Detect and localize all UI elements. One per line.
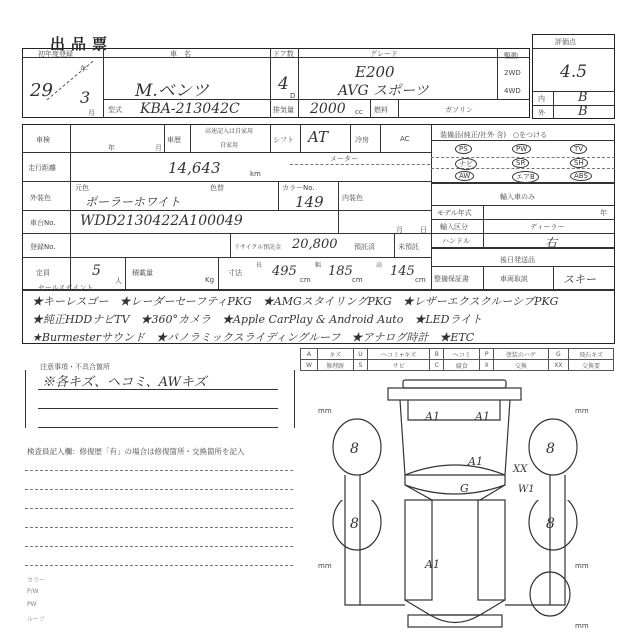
width-value: 185 [328, 264, 353, 279]
mm-label: mm [318, 407, 332, 415]
shift-label: シフト [273, 135, 294, 145]
displacement-unit: cc [355, 108, 363, 116]
doors-unit: D [290, 92, 295, 100]
mark-rear-bumper: A1 [424, 558, 440, 571]
shift-value: AT [308, 128, 328, 146]
car-name: M.ベンツ [135, 76, 209, 101]
drive-4wd[interactable]: 4WD [504, 87, 521, 95]
legend-code: U [353, 349, 368, 360]
ac-label: 冷房 [355, 135, 369, 145]
inspection-year-unit: 年 [108, 143, 115, 153]
tire-fr-depth: 8 [546, 441, 555, 457]
length-label: 長 [256, 260, 262, 269]
car-name-label: 車 名 [170, 49, 191, 59]
legend-desc: サビ [368, 360, 430, 371]
mark-door: W1 [518, 484, 535, 495]
vin-label: 車台No. [30, 218, 56, 228]
legend-code: XX [548, 360, 569, 371]
legend-desc: 修理跡 [317, 360, 353, 371]
fuel-label: 燃料 [374, 105, 388, 115]
displacement-label: 排気量 [273, 105, 294, 115]
legend-code: W [301, 360, 318, 371]
history-note-2: 自家用 [220, 140, 238, 149]
score-label: 評価点 [555, 37, 576, 47]
legend-code: G [548, 349, 569, 360]
post-delivery-header: 後日発送品 [500, 255, 535, 265]
mileage-value: 14,643 [168, 159, 221, 177]
color-label: 外装色 [30, 193, 51, 203]
recycle-status-paid: 預託済 [354, 242, 375, 252]
width-label: 幅 [315, 260, 321, 269]
load-unit: Kg [205, 276, 214, 284]
legend-desc: 塗装のハゲ [494, 349, 548, 360]
ac-value: AC [400, 135, 410, 143]
mark-bumper-left: A1 [424, 410, 440, 423]
sales-point-line: ★純正HDDナビTV ★360°カメラ ★Apple CarPlay & And… [32, 311, 482, 327]
recycle-label: リサイクル預託金 [234, 242, 281, 251]
mm-label: mm [318, 562, 332, 570]
footer-label: PW [27, 601, 37, 608]
equip-abs[interactable]: ABS [570, 171, 592, 181]
legend-code: B [430, 349, 444, 360]
legend-code: X [480, 360, 494, 371]
grade-label: グレード [370, 49, 398, 59]
footer-label: P/W [27, 588, 39, 595]
damage-legend: Aキズ Uヘコミ+キズ Bヘコミ P塗装のハゲ G飛石キズ W修理跡 Sサビ C… [300, 348, 614, 371]
mm-label: mm [575, 407, 589, 415]
mark-fender: XX [512, 464, 528, 475]
import-type-label: 輸入区分 [440, 222, 468, 232]
month-unit: 月 [88, 108, 95, 118]
color-no-label: カラーNo. [282, 183, 315, 193]
equipment-header: 装備品(純正/社外 含) ○をつける [440, 130, 547, 140]
exterior-grade: B [578, 104, 588, 119]
dims-label: 寸法 [228, 268, 242, 278]
color-change-label: 色替 [210, 183, 224, 193]
footer-label: カラー [27, 575, 45, 584]
height-label: 高 [376, 260, 382, 269]
color-original: ポーラーホワイト [85, 193, 181, 210]
sales-points-label: セールスポイント [38, 283, 93, 293]
inspection-label: 車検 [36, 135, 50, 145]
capacity-label: 定員 [36, 268, 50, 278]
doors-value: 4 [278, 74, 289, 94]
history-label: 車歴 [167, 135, 181, 145]
legend-desc: ヘコミ+キズ [368, 349, 430, 360]
date-month-unit: 月 [396, 225, 403, 235]
warranty-label: 整備保証書 [434, 274, 469, 284]
displacement-value: 2000 [310, 101, 346, 117]
plate-label: 登録No. [30, 242, 56, 252]
mark-bumper-right: A1 [474, 410, 490, 423]
sales-point-line: ★キーレスゴー ★レーダーセーフティPKG ★AMGスタイリングPKG ★レザー… [32, 293, 558, 309]
equip-ps[interactable]: PS [455, 144, 472, 154]
interior-grade: B [578, 90, 588, 105]
score-value: 4.5 [560, 62, 587, 82]
color-original-label: 元色 [75, 183, 89, 193]
rear-tires: 8 8 A1 mm mm mm [300, 500, 600, 640]
sales-point-line: ★Burmesterサウンド ★パノラミックスライディングルーフ ★アナログ時計… [32, 329, 474, 345]
legend-desc: ヘコミ [444, 349, 480, 360]
tire-fl-depth: 8 [350, 441, 359, 457]
model-label: 型式 [108, 105, 122, 115]
mm-label: mm [575, 562, 589, 570]
interior-color-label: 内装色 [342, 193, 363, 203]
recycle-value: 20,800 [292, 237, 338, 252]
height-value: 145 [390, 264, 415, 279]
grade-line1: E200 [355, 63, 395, 81]
legend-code: P [480, 349, 494, 360]
manual-label: 車両取説 [500, 274, 528, 284]
mileage-label: 走行距離 [28, 163, 56, 173]
equip-navi[interactable]: ナビ [455, 158, 477, 170]
recycle-status-unpaid: 未預託 [398, 242, 419, 252]
capacity-value: 5 [92, 263, 101, 279]
tire-rl-depth: 8 [350, 516, 359, 532]
width-unit: cm [352, 276, 363, 284]
legend-desc: 腐食 [444, 360, 480, 371]
drive-label: 駆動 [504, 51, 518, 61]
model-year-unit: 年 [600, 208, 607, 218]
history-note: 高速記入は自家用 [205, 126, 253, 135]
legend-desc: キズ [317, 349, 353, 360]
model-code: KBA-213042C [140, 101, 240, 117]
year-label: 初年度登録 [38, 49, 73, 59]
legend-code: A [301, 349, 318, 360]
equip-airbag[interactable]: エアB [512, 171, 539, 183]
tire-rr-depth: 8 [546, 516, 555, 532]
defects-text: ※各キズ、ヘコミ、AWキズ [42, 371, 207, 390]
import-header: 輸入車のみ [500, 192, 535, 202]
interior-label: 内 [538, 94, 545, 104]
handle-value: 右 [545, 234, 557, 251]
inspector-label: 検査員記入欄：修復歴「有」の場合は修復箇所・交換箇所を記入 [27, 446, 245, 457]
inspection-month-unit: 月 [155, 143, 162, 153]
exterior-label: 外 [538, 108, 545, 118]
equip-sh[interactable]: SH [570, 158, 588, 168]
legend-code: C [430, 360, 444, 371]
color-no: 149 [295, 193, 324, 211]
handle-label: ハンドル [442, 236, 470, 246]
mark-windshield: G [460, 482, 469, 495]
mileage-unit: km [250, 170, 261, 178]
drive-2wd[interactable]: 2WD [504, 69, 521, 77]
legend-desc: 交換要 [569, 360, 614, 371]
length-unit: cm [300, 276, 311, 284]
vin-value: WDD2130422A100049 [80, 213, 243, 229]
legend-desc: 交換 [494, 360, 548, 371]
legend-code: S [353, 360, 368, 371]
legend-desc: 飛石キズ [569, 349, 614, 360]
height-unit: cm [415, 276, 426, 284]
footer-label: ルーフ [27, 614, 45, 623]
key-value: スキー [563, 271, 596, 287]
length-value: 495 [272, 264, 297, 279]
doors-label: ドア数 [273, 49, 294, 59]
grade-line2: AVG スポーツ [338, 80, 429, 100]
mm-label: mm [575, 622, 589, 630]
date-day-unit: 日 [420, 225, 427, 235]
meter-label: メーター [330, 154, 358, 164]
import-type: ディーラー [530, 222, 564, 232]
equip-tv[interactable]: TV [570, 144, 587, 154]
load-label: 積載量 [132, 268, 153, 278]
fuel-value: ガソリン [445, 105, 473, 115]
model-year-label: モデル年式 [437, 208, 472, 218]
capacity-unit: 人 [115, 276, 122, 286]
equip-pw[interactable]: PW [512, 144, 531, 154]
month-value: 3 [80, 88, 90, 107]
mark-hood: A1 [467, 455, 483, 468]
